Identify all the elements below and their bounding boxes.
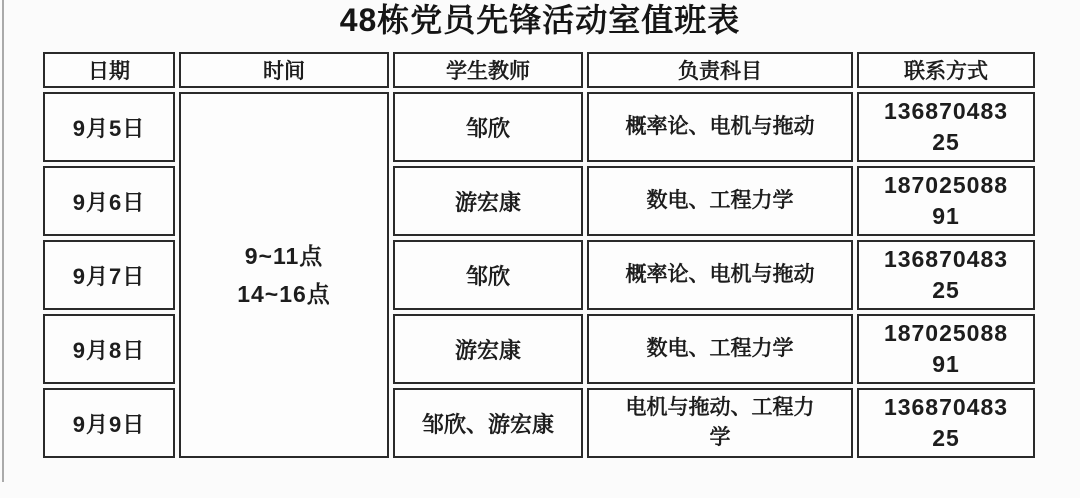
page-title: 48栋党员先锋活动室值班表 bbox=[0, 0, 1080, 40]
phone-cell: 187025088 91 bbox=[857, 166, 1035, 236]
date-cell: 9月7日 bbox=[43, 240, 175, 310]
phone-cell: 136870483 25 bbox=[857, 388, 1035, 458]
col-header-date: 日期 bbox=[43, 52, 175, 88]
col-header-subjects: 负责科目 bbox=[587, 52, 853, 88]
teacher-cell: 邹欣、游宏康 bbox=[393, 388, 583, 458]
col-header-teacher: 学生教师 bbox=[393, 52, 583, 88]
teacher-cell: 邹欣 bbox=[393, 92, 583, 162]
teacher-cell: 游宏康 bbox=[393, 166, 583, 236]
col-header-time: 时间 bbox=[179, 52, 389, 88]
col-header-phone: 联系方式 bbox=[857, 52, 1035, 88]
table-row: 9月5日 9~11点 14~16点 邹欣 概率论、电机与拖动 136870483… bbox=[43, 92, 1035, 162]
subjects-cell: 数电、工程力学 bbox=[587, 166, 853, 236]
duty-schedule-table: 日期 时间 学生教师 负责科目 联系方式 9月5日 9~11点 14~16点 邹… bbox=[39, 48, 1039, 462]
phone-cell: 136870483 25 bbox=[857, 240, 1035, 310]
subjects-cell: 数电、工程力学 bbox=[587, 314, 853, 384]
time-cell: 9~11点 14~16点 bbox=[179, 92, 389, 458]
date-cell: 9月5日 bbox=[43, 92, 175, 162]
subjects-cell: 概率论、电机与拖动 bbox=[587, 92, 853, 162]
subjects-cell: 电机与拖动、工程力 学 bbox=[587, 388, 853, 458]
phone-cell: 136870483 25 bbox=[857, 92, 1035, 162]
phone-cell: 187025088 91 bbox=[857, 314, 1035, 384]
header-row: 日期 时间 学生教师 负责科目 联系方式 bbox=[43, 52, 1035, 88]
date-cell: 9月6日 bbox=[43, 166, 175, 236]
date-cell: 9月9日 bbox=[43, 388, 175, 458]
teacher-cell: 游宏康 bbox=[393, 314, 583, 384]
teacher-cell: 邹欣 bbox=[393, 240, 583, 310]
photo-left-edge-artifact bbox=[2, 0, 4, 482]
subjects-cell: 概率论、电机与拖动 bbox=[587, 240, 853, 310]
date-cell: 9月8日 bbox=[43, 314, 175, 384]
